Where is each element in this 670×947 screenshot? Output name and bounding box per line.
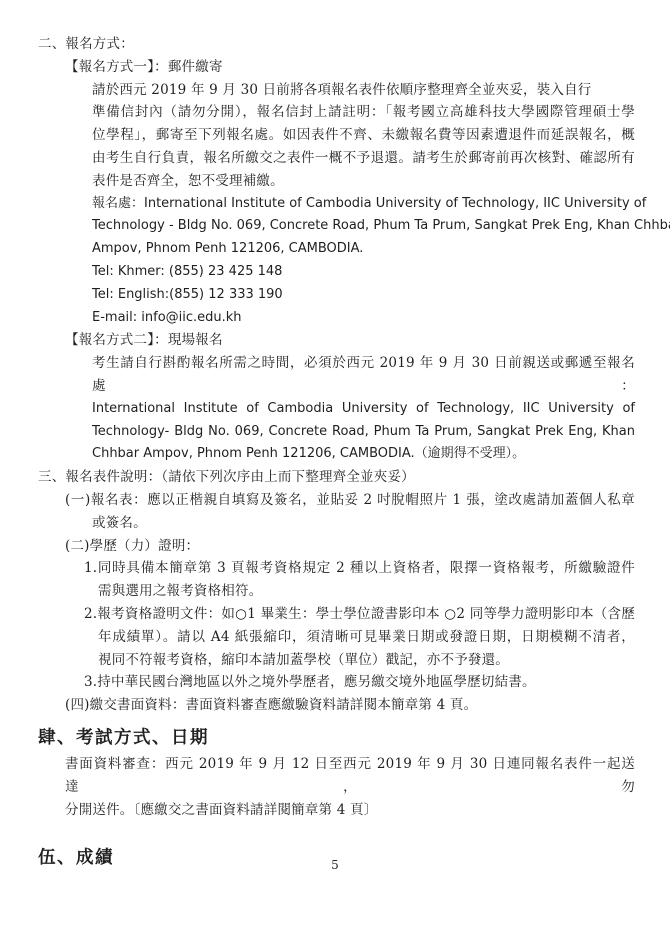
text-line: 或簽名。 [38, 512, 635, 535]
text-line: 【報名方式二】：現場報名 [38, 329, 635, 352]
text-line: 書面資料審查：西元 2019 年 9 月 12 日至西元 2019 年 9 月 … [38, 753, 635, 799]
text-line: 年成績單）。請以 A4 紙張縮印，須清晰可見畢業日期或發證日期，日期模糊不清者， [38, 626, 635, 649]
text-line: Technology - Bldg No. 069, Concrete Road… [38, 215, 635, 238]
document-body: 二、報名方式：【報名方式一】：郵件繳寄請於西元 2019 年 9 月 30 日前… [38, 33, 635, 873]
text-line: 準備信封內（請勿分開），報名信封上請註明：「報考國立高雄科技大學國際管理碩士學 [38, 101, 635, 124]
text-line: 三、報名表件說明：（請依下列次序由上而下整理齊全並夾妥） [38, 466, 635, 489]
section-heading: 肆、考試方式、日期 [38, 723, 635, 753]
text-line: Tel: Khmer: (855) 23 425 148 [38, 261, 635, 284]
text-line: 位學程」，郵寄至下列報名處。如因表件不齊、未繳報名費等因素遭退件而延誤報名，概 [38, 124, 635, 147]
text-line: 請於西元 2019 年 9 月 30 日前將各項報名表件依順序整理齊全並夾妥，裝… [38, 79, 635, 102]
text-line: 2.報考資格證明文件：如○1 畢業生：學士學位證書影印本 ○2 同等學力證明影印… [38, 603, 635, 626]
text-line: 二、報名方式： [38, 33, 635, 56]
text-line: Technology- Bldg No. 069, Concrete Road,… [38, 421, 635, 444]
text-line: 報名處：International Institute of Cambodia … [38, 193, 635, 216]
text-line: 視同不符報考資格，縮印本請加蓋學校（單位）戳記，亦不予發還。 [38, 649, 635, 672]
text-line: 考生請自行斟酌報名所需之時間，必須於西元 2019 年 9 月 30 日前親送或… [38, 352, 635, 398]
text-line: 3.持中華民國台灣地區以外之境外學歷者，應另繳交境外地區學歷切結書。 [38, 671, 635, 694]
text-line: 1.同時具備本簡章第 3 頁報考資格規定 2 種以上資格者，限擇一資格報考，所繳… [38, 557, 635, 580]
text-line: (四)繳交書面資料：書面資料審查應繳驗資料請詳閱本簡章第 4 頁。 [38, 694, 635, 717]
text-line: 分開送件。〔應繳交之書面資料請詳閱簡章第 4 頁〕 [38, 799, 635, 822]
text-line: (一)報名表：應以正楷親自填寫及簽名，並貼妥 2 吋脫帽照片 1 張，塗改處請加… [38, 489, 635, 512]
text-line: E-mail: info@iic.edu.kh [38, 307, 635, 330]
text-line: (二)學歷（力）證明： [38, 535, 635, 558]
text-line: Ampov, Phnom Penh 121206, CAMBODIA. [38, 238, 635, 261]
text-line: Chhbar Ampov, Phnom Penh 121206, CAMBODI… [38, 443, 635, 466]
text-line: 由考生自行負責，報名所繳交之表件一概不予退還。請考生於郵寄前再次核對、確認所有 [38, 147, 635, 170]
page-number: 5 [0, 858, 670, 872]
text-line: Tel: English:(855) 12 333 190 [38, 284, 635, 307]
text-line: 表件是否齊全，恕不受理補繳。 [38, 170, 635, 193]
document-page: 二、報名方式：【報名方式一】：郵件繳寄請於西元 2019 年 9 月 30 日前… [0, 0, 670, 947]
text-line: International Institute of Cambodia Univ… [38, 398, 635, 421]
text-line: 【報名方式一】：郵件繳寄 [38, 56, 635, 79]
text-line: 需與選用之報考資格相符。 [38, 580, 635, 603]
